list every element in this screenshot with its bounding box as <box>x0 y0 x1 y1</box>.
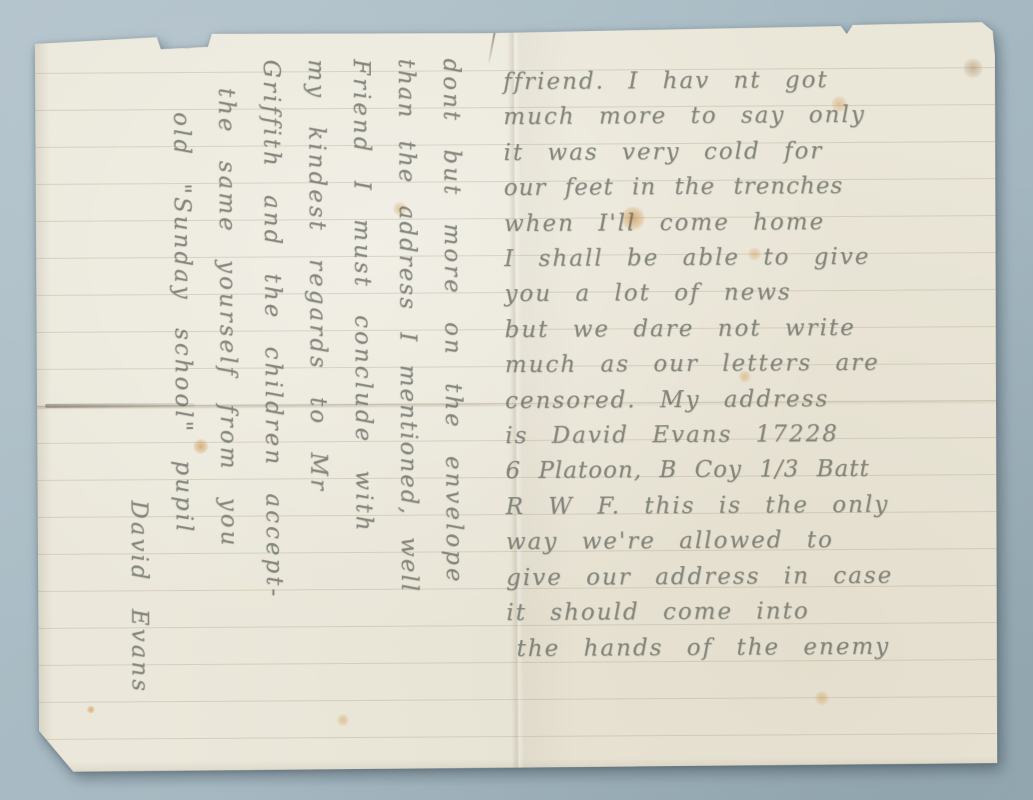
handwritten-line: Griffith and the children accept- <box>248 59 297 765</box>
handwritten-line: David Evans <box>113 60 162 766</box>
handwritten-line: when I'll come home <box>504 204 992 242</box>
handwritten-line: much more to say only <box>503 98 991 136</box>
stain-spot <box>87 706 95 714</box>
handwritten-line: Friend I must conclude with <box>338 59 387 765</box>
handwritten-line: give our address in case <box>506 558 994 596</box>
left-page-rotated-text: dont but more on the envelopethan the ad… <box>113 58 477 766</box>
handwritten-line: than the address I mentioned, well <box>383 59 432 765</box>
letter-paper: dont but more on the envelopethan the ad… <box>35 22 1000 774</box>
handwritten-line: 6 Platoon, B Coy 1/3 Batt <box>505 452 993 490</box>
handwritten-line: R W F. this is the only <box>506 487 994 525</box>
handwritten-line: is David Evans 17228 <box>505 416 993 454</box>
handwritten-line: it should come into <box>506 593 994 631</box>
handwritten-line: censored. My address <box>505 381 993 419</box>
handwritten-line: ffriend. I hav nt got <box>503 62 991 100</box>
handwritten-line: my kindest regards to Mr <box>293 59 342 765</box>
handwritten-line: the hands of the enemy <box>506 629 994 667</box>
handwritten-line: I shall be able to give <box>504 239 992 277</box>
stain-spot <box>815 691 829 705</box>
handwritten-line: way we're allowed to <box>506 522 994 560</box>
stain-spot <box>175 33 199 49</box>
handwritten-line: our feet in the trenches <box>504 168 992 206</box>
handwritten-line: you a lot of news <box>504 275 992 313</box>
letter-photo: dont but more on the envelopethan the ad… <box>35 22 1000 774</box>
handwritten-line: the same yourself from you <box>203 60 252 766</box>
handwritten-line: much as our letters are <box>505 345 993 383</box>
right-page-text: ffriend. I hav nt gotmuch more to say on… <box>503 62 995 667</box>
handwritten-line: old "Sunday school" pupil <box>158 60 207 766</box>
handwritten-line: it was very cold for <box>503 133 991 171</box>
handwritten-line: dont but more on the envelope <box>428 58 477 764</box>
handwritten-line: but we dare not write <box>504 310 992 348</box>
